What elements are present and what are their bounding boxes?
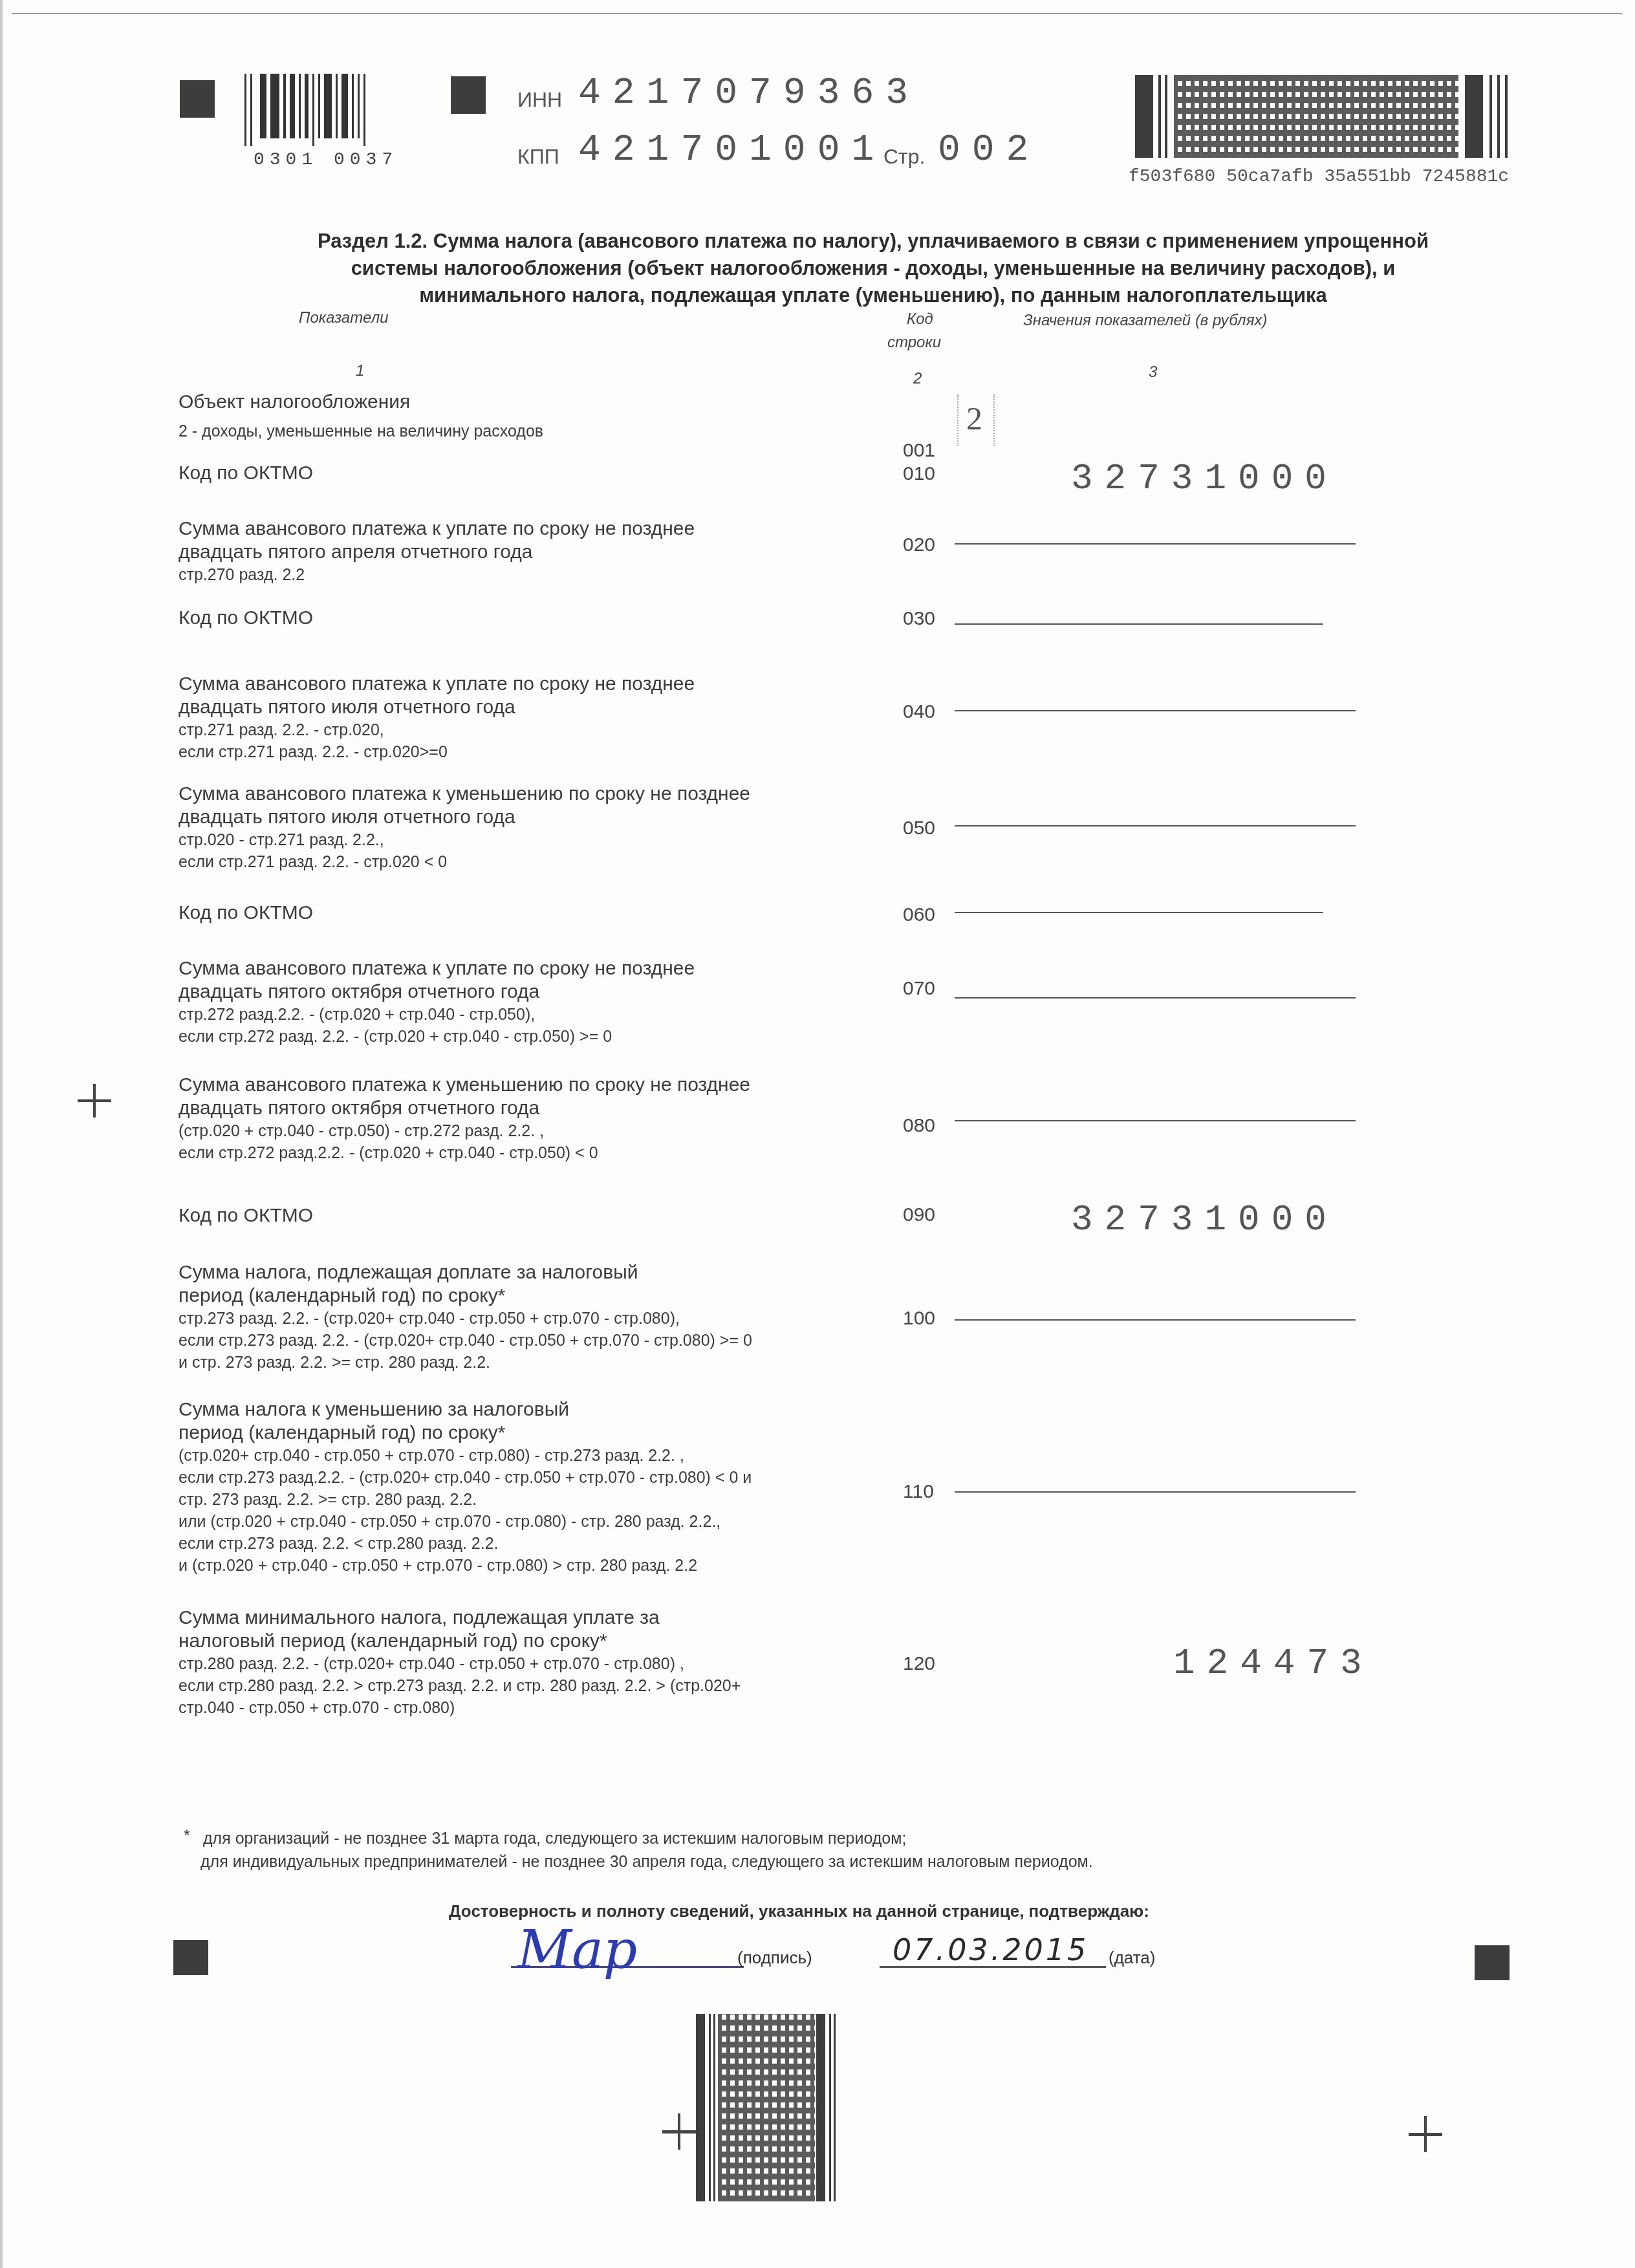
inn-value: 4217079363 [578, 72, 920, 114]
row-title: Код по ОКТМО [179, 1204, 313, 1227]
row-code-110: 110 [903, 1481, 934, 1503]
value-field-empty-110[interactable] [955, 1491, 1356, 1493]
row-formula: стр.271 разд. 2.2. - стр.020, [179, 719, 695, 741]
signature: Мар [517, 1919, 637, 1981]
row-code-070: 070 [903, 978, 935, 1000]
value-cell-001 [957, 394, 995, 446]
pdf417-barcode-top [1135, 75, 1523, 159]
row-formula: если стр.271 разд. 2.2. - стр.020 < 0 [179, 851, 750, 873]
inn-label: ИНН [517, 88, 562, 112]
row-title-line2: двадцать пятого апреля отчетного года [179, 541, 695, 564]
alignment-marker-top-center [451, 76, 486, 114]
indicator-row-070: Сумма авансового платежа к уплате по сро… [179, 957, 695, 1048]
row-value-010[interactable]: 32731000 [1071, 458, 1338, 499]
row-code-090: 090 [903, 1204, 935, 1226]
indicator-row-020: Сумма авансового платежа к уплате по сро… [179, 517, 695, 586]
section-title-line2: системы налогообложения (объект налогооб… [194, 255, 1552, 282]
alignment-marker-top-left [180, 80, 215, 118]
indicator-row-100: Сумма налога, подлежащая доплате за нало… [179, 1261, 752, 1374]
date-label: (дата) [1109, 1948, 1155, 1968]
row-code-050: 050 [903, 817, 935, 839]
row-code-001: 001 [903, 440, 935, 462]
indicator-row-080: Сумма авансового платежа к уменьшению по… [179, 1074, 750, 1164]
value-field-empty-100[interactable] [955, 1319, 1356, 1321]
column-header-values: Значения показателей (в рублях) [1023, 312, 1267, 330]
row-formula: или (стр.020 + стр.040 - стр.050 + стр.0… [179, 1511, 752, 1533]
row-title: Код по ОКТМО [179, 462, 313, 485]
row-title-line2: двадцать пятого июля отчетного года [179, 806, 750, 829]
indicator-row-060: Код по ОКТМО [179, 902, 313, 925]
registration-cross-bottom-left-v [678, 2113, 680, 2150]
registration-cross-left-v [93, 1084, 96, 1118]
confirmation-text: Достоверность и полноту сведений, указан… [449, 1901, 1149, 1921]
date-value: 07.03.2015 [893, 1932, 1088, 1967]
row-formula: 2 - доходы, уменьшенные на величину расх… [179, 420, 543, 442]
row-title: Сумма авансового платежа к уплате по сро… [179, 673, 695, 696]
row-formula: стр.272 разд.2.2. - (стр.020 + стр.040 -… [179, 1004, 695, 1026]
row-code-120: 120 [903, 1653, 935, 1675]
value-field-empty-030[interactable] [955, 623, 1323, 625]
indicator-row-110: Сумма налога к уменьшению за налоговыйпе… [179, 1398, 752, 1577]
row-title: Сумма налога к уменьшению за налоговый [179, 1398, 752, 1421]
column-number-2: 2 [913, 370, 922, 388]
document-hash: f503f680 50ca7afb 35a551bb 7245881c [1129, 167, 1509, 187]
row-formula: стр.270 разд. 2.2 [179, 564, 695, 586]
row-title-line2: двадцать пятого июля отчетного года [179, 696, 695, 719]
row-title-line2: период (календарный год) по сроку* [179, 1421, 752, 1445]
pdf417-barcode-bottom [696, 2014, 838, 2205]
page-edge-left [0, 0, 3, 2268]
value-field-empty-070[interactable] [955, 997, 1356, 999]
column-number-1: 1 [356, 362, 364, 380]
indicator-row-120: Сумма минимального налога, подлежащая уп… [179, 1606, 741, 1719]
footnote-star: * [184, 1825, 190, 1847]
column-header-code: Код [907, 310, 933, 329]
row-title: Сумма авансового платежа к уплате по сро… [179, 517, 695, 541]
row-formula: если стр.271 разд. 2.2. - стр.020>=0 [179, 741, 695, 763]
row-code-020: 020 [903, 534, 935, 556]
row-title: Код по ОКТМО [179, 902, 313, 925]
section-title: Раздел 1.2. Сумма налога (авансового пла… [194, 228, 1552, 309]
value-field-empty-060[interactable] [955, 912, 1323, 913]
row-title-line2: налоговый период (календарный год) по ср… [179, 1630, 741, 1653]
value-field-empty-020[interactable] [955, 543, 1356, 545]
kpp-value: 421701001 [578, 129, 885, 171]
row-code-030: 030 [903, 608, 935, 630]
row-code-100: 100 [903, 1308, 935, 1330]
row-formula: если стр.272 разд. 2.2. - (стр.020 + стр… [179, 1026, 695, 1048]
row-formula: если стр.273 разд.2.2. - (стр.020+ стр.0… [179, 1467, 752, 1489]
row-value-120[interactable]: 124473 [1173, 1643, 1374, 1684]
alignment-marker-bottom-right [1475, 1945, 1510, 1980]
value-field-empty-050[interactable] [955, 825, 1356, 826]
indicator-row-090: Код по ОКТМО [179, 1204, 313, 1227]
row-code-080: 080 [903, 1115, 935, 1137]
footnote-line1: для организаций - не позднее 31 марта го… [203, 1828, 906, 1850]
row-formula: и стр. 273 разд. 2.2. >= стр. 280 разд. … [179, 1352, 752, 1374]
row-formula: стр. 273 разд. 2.2. >= стр. 280 разд. 2.… [179, 1489, 752, 1511]
row-title: Сумма авансового платежа к уменьшению по… [179, 783, 750, 806]
row-title-line2: двадцать пятого октября отчетного года [179, 980, 695, 1004]
row-title: Сумма авансового платежа к уплате по сро… [179, 957, 695, 980]
linear-barcode [244, 74, 369, 146]
value-field-empty-080[interactable] [955, 1120, 1356, 1121]
row-formula: если стр.272 разд.2.2. - (стр.020 + стр.… [179, 1142, 750, 1164]
row-formula: (стр.020+ стр.040 - стр.050 + стр.070 - … [179, 1445, 752, 1467]
page-number: 002 [938, 129, 1040, 171]
row-title: Код по ОКТМО [179, 607, 313, 630]
barcode-number: 0301 0037 [254, 150, 398, 170]
row-formula: стр.040 - стр.050 + стр.070 - стр.080) [179, 1697, 741, 1719]
section-title-line1: Раздел 1.2. Сумма налога (авансового пла… [194, 228, 1552, 255]
page-label: Стр. [883, 145, 925, 169]
row-code-040: 040 [903, 701, 935, 723]
row-formula: если стр.273 разд. 2.2. - (стр.020+ стр.… [179, 1330, 752, 1352]
page-edge [12, 13, 1622, 14]
row-value-090[interactable]: 32731000 [1071, 1199, 1338, 1240]
row-formula: если стр.273 разд. 2.2. < стр.280 разд. … [179, 1533, 752, 1555]
row-title-line2: период (календарный год) по сроку* [179, 1284, 752, 1308]
row-formula: стр.020 - стр.271 разд. 2.2., [179, 829, 750, 851]
kpp-label: КПП [517, 145, 559, 169]
row-title-line2: двадцать пятого октября отчетного года [179, 1097, 750, 1120]
row-formula: и (стр.020 + стр.040 - стр.050 + стр.070… [179, 1555, 752, 1577]
row-formula: если стр.280 разд. 2.2. > стр.273 разд. … [179, 1675, 741, 1697]
row-formula: (стр.020 + стр.040 - стр.050) - стр.272 … [179, 1120, 750, 1142]
row-title: Сумма минимального налога, подлежащая уп… [179, 1606, 741, 1630]
indicator-row-050: Сумма авансового платежа к уменьшению по… [179, 783, 750, 873]
indicator-row-030: Код по ОКТМО [179, 607, 313, 630]
row-code-060: 060 [903, 904, 935, 926]
row-formula: стр.273 разд. 2.2. - (стр.020+ стр.040 -… [179, 1308, 752, 1330]
column-number-3: 3 [1149, 363, 1157, 382]
value-field-empty-040[interactable] [955, 710, 1356, 711]
row-title: Объект налогообложения [179, 391, 543, 414]
footnote-line2: для индивидуальных предпринимателей - не… [200, 1851, 1093, 1873]
indicator-row-040: Сумма авансового платежа к уплате по сро… [179, 673, 695, 763]
row-formula: стр.280 разд. 2.2. - (стр.020+ стр.040 -… [179, 1653, 741, 1675]
alignment-marker-bottom-left [173, 1940, 208, 1975]
row-title: Сумма авансового платежа к уменьшению по… [179, 1074, 750, 1097]
section-title-line3: минимального налога, подлежащая уплате (… [194, 282, 1552, 309]
row-code-010: 010 [903, 463, 935, 485]
row-title: Сумма налога, подлежащая доплате за нало… [179, 1261, 752, 1284]
column-header-code-line2: строки [887, 334, 941, 352]
signature-label: (подпись) [737, 1948, 812, 1968]
column-header-indicators: Показатели [299, 309, 389, 327]
registration-cross-bottom-right-v [1424, 2116, 1427, 2152]
indicator-row-010: Код по ОКТМО [179, 462, 313, 485]
indicator-row-001: Объект налогообложения2 - доходы, уменьш… [179, 391, 543, 442]
